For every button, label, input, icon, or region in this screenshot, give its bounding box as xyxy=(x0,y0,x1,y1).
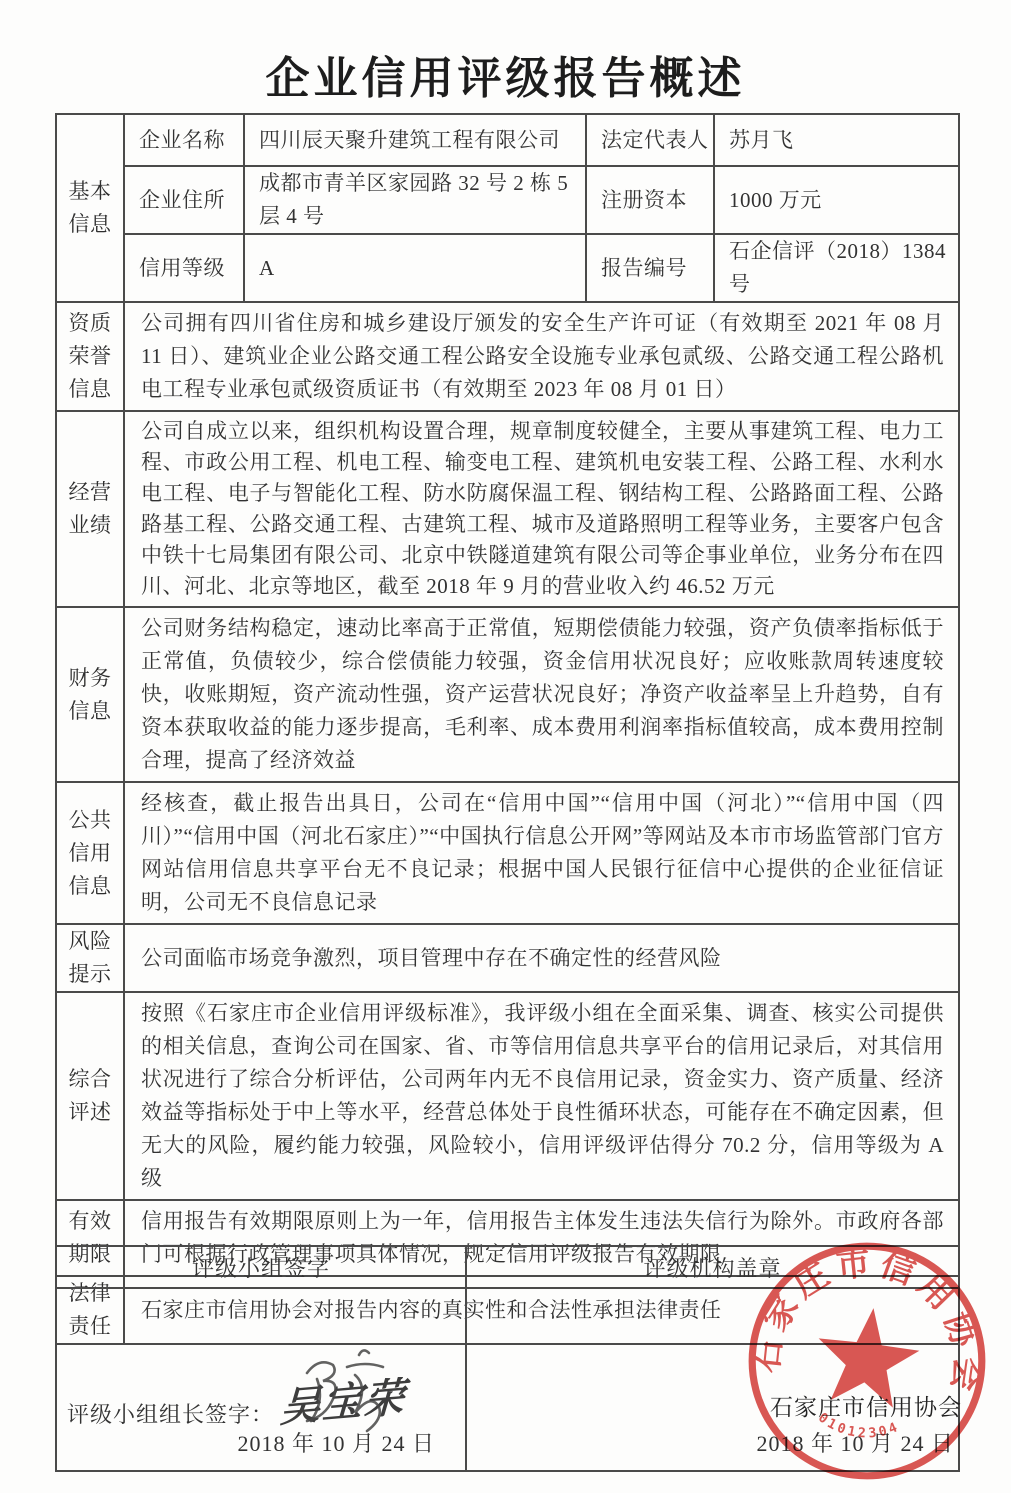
table-row: 评级小组签字 评级机构盖章 xyxy=(56,1246,959,1288)
address-value: 成都市青羊区家园路 32 号 2 栋 5 层 4 号 xyxy=(244,166,586,234)
financial-info-header: 财务信息 xyxy=(56,607,124,782)
financial-info-text: 公司财务结构稳定，速动比率高于正常值，短期偿债能力较强，资产负债率指标低于正常值… xyxy=(124,607,959,782)
page-title: 企业信用评级报告概述 xyxy=(0,42,1011,106)
agency-stamp-header: 评级机构盖章 xyxy=(466,1246,959,1288)
table-row: 风险提示 公司面临市场竞争激烈，项目管理中存在不确定性的经营风险 xyxy=(56,924,959,992)
main-table: 基本信息 企业名称 四川辰天聚升建筑工程有限公司 法定代表人 苏月飞 企业住所 … xyxy=(55,113,960,1345)
report-number-value: 石企信评（2018）1384 号 xyxy=(714,234,959,302)
table-row: 资质荣誉信息 公司拥有四川省住房和城乡建设厅颁发的安全生产许可证（有效期至 20… xyxy=(56,302,959,411)
table-row: 基本信息 企业名称 四川辰天聚升建筑工程有限公司 法定代表人 苏月飞 xyxy=(56,114,959,166)
table-row: 信用等级 A 报告编号 石企信评（2018）1384 号 xyxy=(56,234,959,302)
report-number-label: 报告编号 xyxy=(586,234,714,302)
team-signature-date: 2018 年 10 月 24 日 xyxy=(237,1427,435,1458)
risk-warning-header: 风险提示 xyxy=(56,924,124,992)
risk-warning-text: 公司面临市场竞争激烈，项目管理中存在不确定性的经营风险 xyxy=(124,924,959,992)
qualification-honor-header: 资质荣誉信息 xyxy=(56,302,124,411)
table-row: 评级小组组长签字：吴宝荣 2018 年 10 月 24 日 石家庄市信用协会 2… xyxy=(56,1288,959,1471)
company-name-label: 企业名称 xyxy=(124,114,244,166)
address-label: 企业住所 xyxy=(124,166,244,234)
team-signature-cell: 评级小组组长签字：吴宝荣 2018 年 10 月 24 日 xyxy=(56,1288,466,1471)
credit-grade-label: 信用等级 xyxy=(124,234,244,302)
business-performance-header: 经营业绩 xyxy=(56,411,124,607)
table-row: 综合评述 按照《石家庄市企业信用评级标准》，我评级小组在全面采集、调查、核实公司… xyxy=(56,992,959,1200)
legal-rep-value: 苏月飞 xyxy=(714,114,959,166)
overall-review-text: 按照《石家庄市企业信用评级标准》，我评级小组在全面采集、调查、核实公司提供的相关… xyxy=(124,992,959,1200)
registered-capital-value: 1000 万元 xyxy=(714,166,959,234)
leader-signature-label: 评级小组组长签字： xyxy=(67,1402,274,1427)
signature-table: 评级小组签字 评级机构盖章 评级小组组长签字：吴宝荣 2018 年 10 xyxy=(55,1245,960,1472)
table-row: 公共信用信息 经核查，截止报告出具日，公司在“信用中国”“信用中国（河北）”“信… xyxy=(56,782,959,924)
team-signature-header: 评级小组签字 xyxy=(56,1246,466,1288)
business-performance-text: 公司自成立以来，组织机构设置合理，规章制度较健全，主要从事建筑工程、电力工程、市… xyxy=(124,411,959,607)
agency-stamp-date: 2018 年 10 月 24 日 xyxy=(756,1427,954,1458)
agency-name: 石家庄市信用协会 xyxy=(770,1389,962,1422)
public-credit-header: 公共信用信息 xyxy=(56,782,124,924)
qualification-honor-text: 公司拥有四川省住房和城乡建设厅颁发的安全生产许可证（有效期至 2021 年 08… xyxy=(124,302,959,411)
table-row: 企业住所 成都市青羊区家园路 32 号 2 栋 5 层 4 号 注册资本 100… xyxy=(56,166,959,234)
legal-rep-label: 法定代表人 xyxy=(586,114,714,166)
basic-info-header: 基本信息 xyxy=(56,114,124,302)
agency-stamp-cell: 石家庄市信用协会 2018 年 10 月 24 日 xyxy=(466,1288,959,1471)
table-row: 经营业绩 公司自成立以来，组织机构设置合理，规章制度较健全，主要从事建筑工程、电… xyxy=(56,411,959,607)
overall-review-header: 综合评述 xyxy=(56,992,124,1200)
registered-capital-label: 注册资本 xyxy=(586,166,714,234)
company-name-value: 四川辰天聚升建筑工程有限公司 xyxy=(244,114,586,166)
credit-grade-value: A xyxy=(244,234,586,302)
report-page: 企业信用评级报告概述 基本信息 企业名称 四川辰天聚升建筑工程有限公司 法定代表… xyxy=(0,0,1011,1493)
table-row: 财务信息 公司财务结构稳定，速动比率高于正常值，短期偿债能力较强，资产负债率指标… xyxy=(56,607,959,782)
public-credit-text: 经核查，截止报告出具日，公司在“信用中国”“信用中国（河北）”“信用中国（四川）… xyxy=(124,782,959,924)
